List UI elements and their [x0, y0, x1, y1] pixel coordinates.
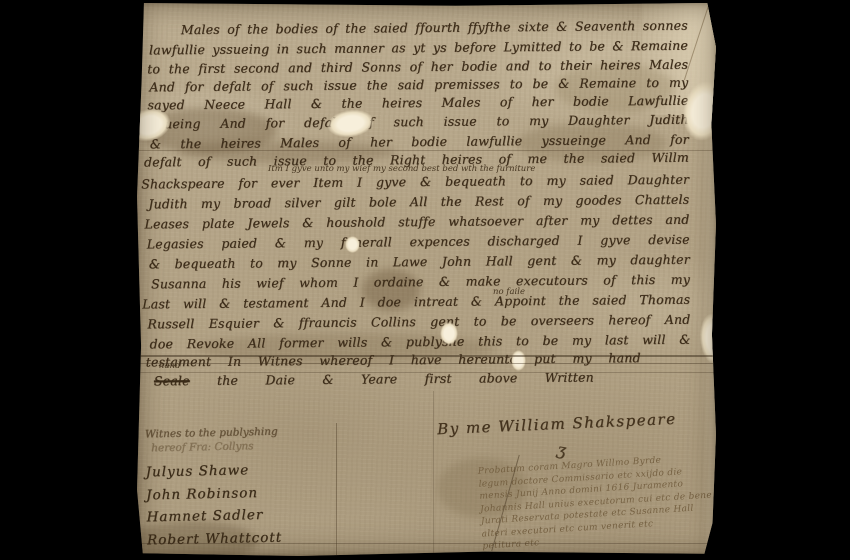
witness-heading-2: hereof Fra: Collyns	[151, 440, 280, 455]
manuscript-line: Russell Esquier & ffrauncis Collins gent…	[147, 312, 690, 332]
manuscript-line: Legasies paied & my funerall expences di…	[147, 232, 690, 252]
manuscript-line: doe Revoke All former wills & publyshe t…	[149, 332, 690, 352]
manuscript-line: & bequeath to my Sonne in Lawe John Hall…	[149, 252, 690, 272]
manuscript-line: testament In Witnes whereof I have hereu…	[146, 350, 641, 369]
interlineation-second-best-bed: Itm I gyve unto my wief my second best b…	[268, 164, 535, 174]
witness-name: Hamnet Sadler	[146, 507, 281, 526]
manuscript-line: Last will & testament And I doe intreat …	[142, 292, 690, 312]
torn-patch	[345, 236, 360, 253]
torn-patch	[511, 350, 526, 371]
manuscript-line: Leases plate Jewels & houshold stuffe wh…	[144, 212, 689, 232]
crease-line	[137, 543, 716, 544]
crease-line	[137, 355, 716, 357]
manuscript-line: Males of the bodies of the saied ffourth…	[181, 18, 688, 37]
manuscript-line: And for defalt of such issue the said pr…	[149, 75, 688, 95]
manuscript-line: yssueing And for defalt of such issue to…	[144, 112, 689, 132]
manuscript-line: sayed Neece Hall & the heires Males of h…	[147, 93, 688, 113]
witness-name: Robert Whattcott	[147, 529, 282, 548]
manuscript-line: to the first second and third Sonns of h…	[147, 57, 688, 77]
crease-line	[137, 150, 716, 151]
interlineation-no-faile: no faile	[493, 287, 525, 297]
witness-heading: Witnes to the publyshing	[145, 426, 280, 441]
crease-line	[336, 423, 337, 556]
crease-line	[137, 363, 716, 364]
torn-patch	[440, 322, 458, 345]
manuscript-line: Shackspeare for ever Item I gyve & beque…	[141, 172, 689, 192]
witness-name: John Robinson	[146, 484, 281, 503]
will-manuscript-page: Males of the bodies of the saied ffourth…	[137, 3, 716, 556]
crease-line	[433, 391, 434, 556]
manuscript-line: Judith my broad silver gilt bole All the…	[148, 192, 689, 212]
manuscript-line: lawfullie yssueing in such manner as yt …	[149, 38, 688, 58]
manuscript-line: Susanna his wief whom I ordaine & make e…	[151, 272, 690, 292]
manuscript-line: & the heires Males of her bodie lawfulli…	[150, 132, 689, 152]
witness-block: Witnes to the publyshing hereof Fra: Col…	[145, 426, 283, 555]
struck-out-word: Seale	[154, 373, 190, 388]
photo-background: Males of the bodies of the saied ffourth…	[0, 0, 850, 560]
witness-name: Julyus Shawe	[145, 462, 280, 481]
crease-line	[137, 372, 716, 373]
